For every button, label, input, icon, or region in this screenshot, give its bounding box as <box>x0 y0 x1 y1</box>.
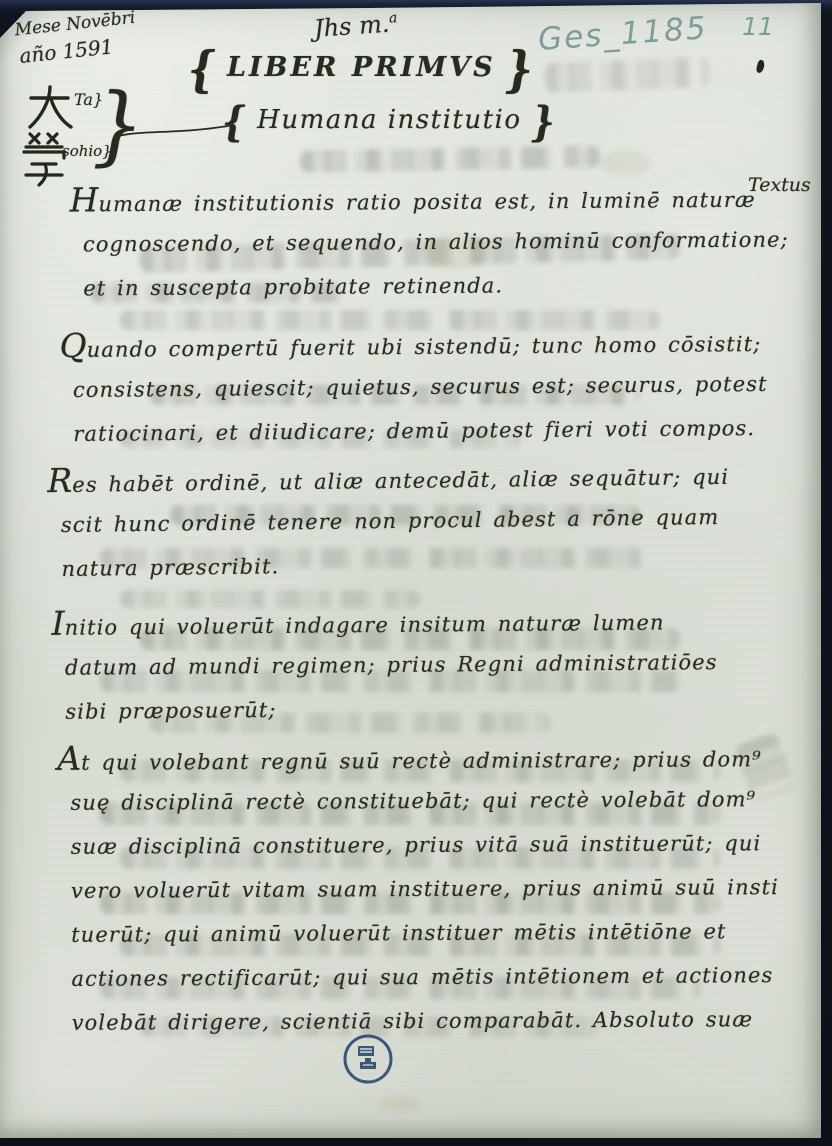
paper-stain <box>380 1095 420 1113</box>
manuscript-line: Humanæ institutionis ratio posita est, i… <box>70 178 789 227</box>
manuscript-line: consistens, quiescit; quietus, securus e… <box>73 367 768 417</box>
corner-date-note: Mese Novēbri año 1591 <box>14 8 139 68</box>
chapter-heading: { Humana institutio } <box>222 102 555 142</box>
bleed-through-mark <box>545 57 711 93</box>
close-bracket: } <box>506 47 533 93</box>
connector-line <box>116 122 230 140</box>
jhs-invocation: Jhs m.a <box>313 9 399 43</box>
manuscript-line: tuerūt; qui animū voluerūt instituer mēt… <box>71 914 779 962</box>
paper-stain <box>600 150 650 176</box>
manuscript-line: Initio qui voluerūt indagare insitum nat… <box>51 601 717 651</box>
invocation-superscript: a <box>388 10 397 27</box>
chinese-char-da-icon <box>26 84 74 130</box>
manuscript-line: cognoscendo, et sequendo, in alios homin… <box>83 222 789 271</box>
close-bracket: } <box>532 99 555 145</box>
manuscript-line: sibi præposuerūt; <box>65 689 718 739</box>
manuscript-line: suę disciplinā rectè constituebāt; qui r… <box>70 782 778 830</box>
manuscript-line: ratiocinari, et diiudicare; demū potest … <box>73 411 768 461</box>
open-bracket: { <box>222 99 245 145</box>
paragraph-5: At qui volebant regnū suū rectè administ… <box>57 738 780 1050</box>
manuscript-line: volebāt dirigere, scientiā sibi comparab… <box>72 1002 780 1050</box>
margin-note-textus: Textus <box>748 174 811 196</box>
folio-number: 11 <box>742 12 774 41</box>
chapter-title: Humana institutio <box>245 105 531 139</box>
paragraph-2: Quando compertū fuerit ubi sistendū; tun… <box>59 323 768 461</box>
manuscript-line: actiones rectificarūt; qui sua mētis int… <box>71 958 779 1006</box>
manuscript-line: At qui volebant regnū suū rectè administ… <box>57 738 778 786</box>
manuscript-line: natura præscribit. <box>61 544 730 596</box>
manuscript-page: Mese Novēbri año 1591 Ta} sohio} <box>0 0 821 1138</box>
paragraph-1: Humanæ institutionis ratio posita est, i… <box>70 178 790 315</box>
bleed-through-mark <box>300 145 600 172</box>
library-stamp-icon <box>340 1032 396 1088</box>
book-title: LIBER PRIMVS <box>215 52 506 89</box>
manuscript-line: Quando compertū fuerit ubi sistendū; tun… <box>59 323 767 373</box>
book-heading: { LIBER PRIMVS } <box>188 50 533 90</box>
manuscript-line: datum ad mundi regimen; prius Regni admi… <box>65 645 718 695</box>
shelfmark: Ges_1185 <box>537 10 709 58</box>
manuscript-line: suæ disciplinā constituere, prius vitā s… <box>71 826 779 874</box>
open-bracket: { <box>188 47 215 93</box>
paragraph-3: Res habēt ordinē, ut aliæ antecedāt, ali… <box>47 456 730 596</box>
manuscript-scan: Mese Novēbri año 1591 Ta} sohio} <box>0 0 832 1146</box>
manuscript-line: vero voluerūt vitam suam instituere, pri… <box>71 870 779 918</box>
manuscript-line: et in suscepta probitate retinenda. <box>83 266 789 315</box>
ink-speck <box>755 59 765 73</box>
paragraph-4: Initio qui voluerūt indagare insitum nat… <box>51 601 718 739</box>
chinese-char-xue-icon <box>18 130 72 190</box>
